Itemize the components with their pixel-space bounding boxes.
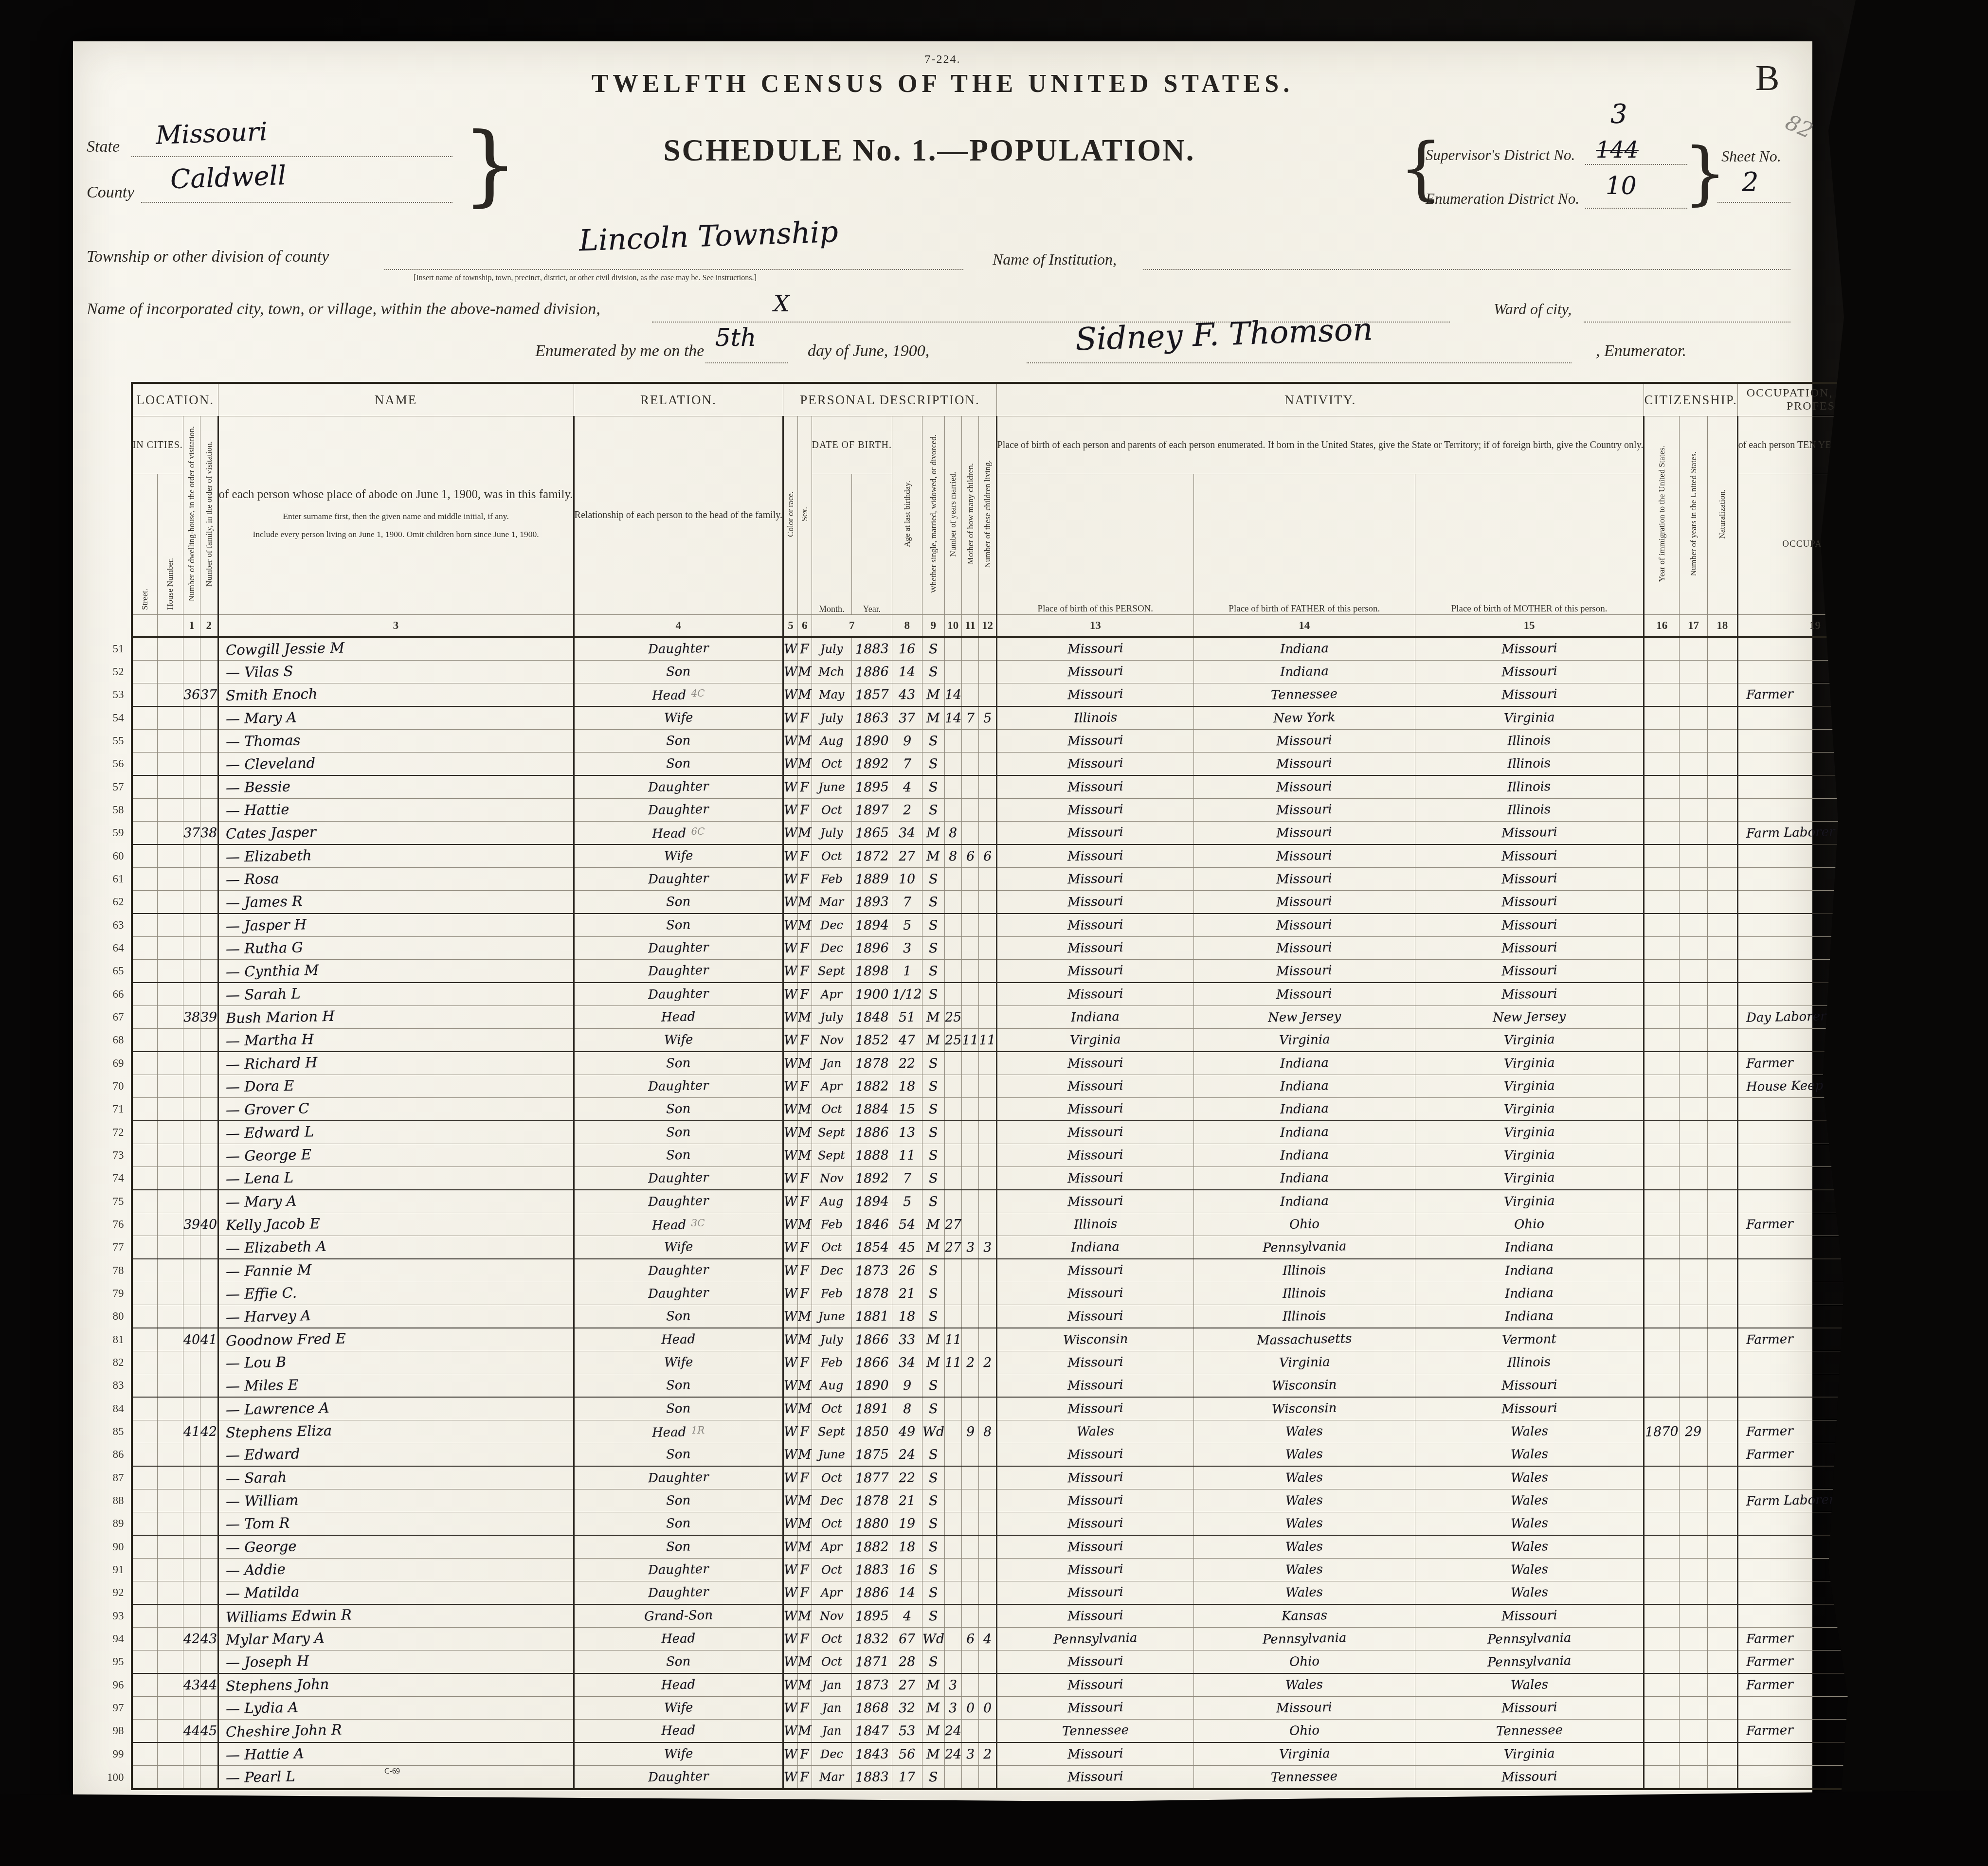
cell-cb (962, 1282, 979, 1305)
cell-rel: Head6C (574, 822, 783, 845)
handwritten-entry: 1895 (855, 780, 888, 794)
handwritten-entry: S (929, 757, 938, 770)
table-row: 89— Tom RSonWMOct188019SMissouriWalesWal… (107, 1512, 1988, 1536)
cell-mo: July (812, 1006, 851, 1029)
handwritten-entry: 1878 (855, 1494, 888, 1507)
handwritten-entry: Missouri (1067, 757, 1123, 771)
township-value: Lincoln Township (578, 215, 839, 258)
cell-rel: Son (574, 1144, 783, 1167)
cell-im (1644, 983, 1680, 1006)
cell-mo: Aug (812, 1374, 851, 1398)
handwritten-entry: Sept (818, 1149, 845, 1161)
cell-yus (1680, 1006, 1708, 1029)
cell-name: — Matilda (218, 1581, 574, 1605)
cell-color: W (783, 1213, 798, 1236)
cell-cl (979, 1052, 996, 1075)
cell-mar: M (922, 1236, 944, 1259)
cell-rel: Son (574, 1052, 783, 1075)
table-row: 79— Effie C.DaughterWFFeb187821SMissouri… (107, 1282, 1988, 1305)
cell-yr: 1891 (851, 1397, 892, 1420)
cell-dw: 41 (183, 1420, 200, 1443)
cell-mar: S (922, 1121, 944, 1144)
cell-house (157, 1512, 183, 1536)
cell-mo: Sept (812, 960, 851, 983)
col-dwelling-number: Number of dwelling-house, in the order o… (183, 416, 200, 615)
handwritten-entry: Wales (1285, 1563, 1323, 1577)
handwritten-entry: M (926, 1678, 940, 1692)
cell-sex: M (797, 914, 812, 937)
handwritten-entry: Missouri (1501, 941, 1557, 955)
enumerator-signature: Sidney F. Thomson (1075, 311, 1374, 358)
cell-color: W (783, 1512, 798, 1536)
cell-nat (1707, 844, 1737, 868)
handwritten-entry: Illinois (1507, 734, 1551, 748)
handwritten-entry: — Lena L (225, 1170, 293, 1186)
cell-sex: M (797, 891, 812, 914)
cell-name: — Fannie M (218, 1259, 574, 1282)
cell-mo: Sept (812, 1420, 851, 1443)
cell-name: Smith Enoch (218, 683, 574, 707)
cell-cl: 8 (979, 1420, 996, 1443)
cell-age: 26 (892, 1259, 922, 1282)
pencil-mark-82: 82 (1782, 110, 1817, 144)
handwritten-entry: 1877 (855, 1471, 888, 1485)
cell-im (1644, 1282, 1680, 1305)
cell-cb: 6 (962, 1628, 979, 1651)
cell-cl (979, 1213, 996, 1236)
cell-bp: Missouri (996, 1512, 1193, 1536)
cell-cl: 2 (979, 1351, 996, 1374)
cell-age: 51 (892, 1006, 922, 1029)
handwritten-entry: — Vilas S (225, 664, 293, 680)
handwritten-entry: 1882 (855, 1079, 888, 1093)
cell-yr: 1898 (851, 960, 892, 983)
cell-street (132, 1190, 158, 1213)
cell-bm: Virginia (1415, 1029, 1644, 1052)
handwritten-entry: S (929, 1195, 938, 1208)
cell-sex: F (797, 1742, 812, 1766)
cell-im (1644, 775, 1680, 799)
cell-street (132, 1466, 158, 1489)
table-row: 61— RosaDaughterWFFeb188910SMissouriMiss… (107, 868, 1988, 891)
handwritten-entry: Feb (821, 873, 843, 885)
cell-street (132, 868, 158, 891)
handwritten-entry: S (929, 1102, 938, 1115)
handwritten-entry: — Cynthia M (225, 963, 319, 979)
table-row: 51Cowgill Jessie MDaughterWFJuly188316SM… (107, 637, 1988, 661)
handwritten-entry: — Hattie A (225, 1746, 304, 1762)
handwritten-entry: Daughter (648, 1195, 709, 1209)
handwritten-entry: S (929, 1310, 938, 1323)
cell-im (1644, 1489, 1680, 1512)
cell-ym (944, 914, 961, 937)
handwritten-entry: 3 (949, 1701, 958, 1714)
cell-age: 49 (892, 1420, 922, 1443)
cell-mar: S (922, 1282, 944, 1305)
cell-nat (1707, 1305, 1737, 1328)
handwritten-entry: 8 (983, 1425, 992, 1438)
handwritten-entry: F (800, 1356, 809, 1369)
handwritten-entry: Wales (1285, 1471, 1323, 1485)
cell-name: — Hattie (218, 799, 574, 822)
cell-bm: Virginia (1415, 1167, 1644, 1190)
handwritten-entry: Oct (821, 757, 842, 770)
cell-yr: 1880 (851, 1512, 892, 1536)
cell-name: Cheshire John R (218, 1720, 574, 1743)
cell-street (132, 891, 158, 914)
cell-yus (1680, 1351, 1708, 1374)
handwritten-entry: M (926, 1218, 940, 1231)
cell-mar: S (922, 799, 944, 822)
row-number-left: 86 (107, 1443, 132, 1467)
cell-age: 18 (892, 1075, 922, 1098)
cell-mar: S (922, 637, 944, 661)
cell-rel: Son (574, 891, 783, 914)
group-citizenship: CITIZENSHIP. (1644, 383, 1737, 416)
handwritten-entry: F (800, 1171, 809, 1184)
cell-age: 56 (892, 1742, 922, 1766)
table-row: 52— Vilas SSonWMMch188614SMissouriIndian… (107, 661, 1988, 683)
cell-ym: 14 (944, 706, 961, 730)
handwritten-entry: S (929, 1264, 938, 1277)
cell-fam: 37 (200, 683, 218, 707)
cell-bp: Missouri (996, 1259, 1193, 1282)
handwritten-entry: M (798, 665, 812, 679)
cell-sex: F (797, 1190, 812, 1213)
cell-bm: Missouri (1415, 1766, 1644, 1790)
handwritten-entry: Head (661, 1724, 696, 1737)
group-personal-description: PERSONAL DESCRIPTION. (783, 383, 997, 416)
cell-sex: F (797, 1282, 812, 1305)
cell-bm: Missouri (1415, 1697, 1644, 1720)
handwritten-entry: Sept (818, 1425, 845, 1437)
cell-sex: F (797, 937, 812, 960)
cell-age: 34 (892, 1351, 922, 1374)
cell-house (157, 1697, 183, 1720)
handwritten-entry: W (784, 1724, 797, 1738)
cell-sex: F (797, 1581, 812, 1605)
handwritten-entry: W (784, 1356, 797, 1369)
handwritten-entry: S (929, 1517, 938, 1530)
row-number-left: 62 (107, 891, 132, 914)
handwritten-entry: M (798, 1333, 812, 1346)
handwritten-entry: 27 (944, 1240, 961, 1254)
handwritten-entry: W (784, 1287, 797, 1300)
cell-rel: Daughter (574, 1466, 783, 1489)
handwritten-entry: S (929, 895, 938, 908)
handwritten-entry: Williams Edwin R (225, 1608, 351, 1624)
handwritten-entry: Son (666, 665, 691, 678)
row-number-left: 69 (107, 1052, 132, 1075)
handwritten-entry: Indiana (1505, 1240, 1554, 1254)
cell-bf: Wales (1193, 1443, 1415, 1467)
handwritten-entry: Missouri (1067, 734, 1123, 748)
col-birth-month: Month. (812, 474, 851, 615)
cell-im (1644, 1236, 1680, 1259)
cell-dw (183, 1167, 200, 1190)
row-number-left: 87 (107, 1466, 132, 1489)
handwritten-entry: Son (666, 895, 691, 908)
handwritten-entry: 44 (200, 1678, 217, 1692)
cell-street (132, 1098, 158, 1121)
cell-im (1644, 1029, 1680, 1052)
cell-name: — Rutha G (218, 937, 574, 960)
handwritten-entry: W (784, 757, 797, 771)
cell-dw (183, 706, 200, 730)
handwritten-entry: Missouri (1067, 642, 1123, 656)
handwritten-entry: Stephens John (225, 1677, 329, 1693)
cell-yus (1680, 1628, 1708, 1651)
handwritten-entry: 11 (979, 1033, 996, 1047)
cell-dw (183, 891, 200, 914)
cell-im (1644, 1098, 1680, 1121)
handwritten-entry: Missouri (1067, 1057, 1123, 1070)
cell-street (132, 1328, 158, 1351)
cell-rel: Wife (574, 1351, 783, 1374)
cell-im (1644, 1766, 1680, 1790)
handwritten-entry: Son (666, 1402, 691, 1415)
cell-dw (183, 1443, 200, 1467)
cell-dw: 39 (183, 1213, 200, 1236)
cell-cb (962, 753, 979, 776)
row-number-gutter-left (107, 383, 132, 637)
cell-bp: Missouri (996, 1121, 1193, 1144)
cell-cb (962, 1144, 979, 1167)
handwritten-entry: 1880 (855, 1517, 888, 1530)
cell-mo: Oct (812, 1397, 851, 1420)
cell-yr: 1886 (851, 1121, 892, 1144)
handwritten-entry: — Sarah L (225, 987, 300, 1002)
cell-street (132, 1766, 158, 1790)
group-nativity: NATIVITY. (996, 383, 1644, 416)
cell-mar: M (922, 1351, 944, 1374)
cell-mo: Aug (812, 1190, 851, 1213)
handwritten-entry: M (926, 849, 940, 863)
cell-ym (944, 1282, 961, 1305)
cell-rel: Wife (574, 1742, 783, 1766)
cell-mar: S (922, 983, 944, 1006)
cell-house (157, 1489, 183, 1512)
handwritten-entry: Apr (821, 988, 843, 1000)
cell-nat (1707, 661, 1737, 683)
cell-nat (1707, 1420, 1737, 1443)
cell-yr: 1846 (851, 1213, 892, 1236)
cell-nat (1707, 1443, 1737, 1467)
cell-mo: Feb (812, 1351, 851, 1374)
township-note: [Insert name of township, town, precinct… (414, 274, 757, 283)
cell-mo: Jan (812, 1720, 851, 1743)
cell-mo: Mch (812, 661, 851, 683)
cell-nat (1707, 1052, 1737, 1075)
cell-cl (979, 730, 996, 753)
cell-bp: Missouri (996, 1098, 1193, 1121)
group-name: NAME (218, 383, 574, 416)
handwritten-entry: 1873 (855, 1264, 888, 1277)
cell-cl (979, 637, 996, 661)
cell-fam (200, 799, 218, 822)
handwritten-entry: W (784, 987, 797, 1001)
cell-bm: New Jersey (1415, 1006, 1644, 1029)
cell-cl: 6 (979, 844, 996, 868)
cell-yus (1680, 1697, 1708, 1720)
cell-yus (1680, 868, 1708, 891)
cell-color: W (783, 1535, 798, 1559)
handwritten-entry: 45 (200, 1724, 217, 1738)
cell-sex: M (797, 1604, 812, 1628)
handwritten-entry: 11 (899, 1148, 916, 1162)
cell-nat (1707, 1651, 1737, 1674)
cell-ym (944, 1604, 961, 1628)
cell-cl (979, 1535, 996, 1559)
handwritten-entry: Nov (819, 1610, 844, 1622)
handwritten-entry: — Miles E (225, 1378, 298, 1393)
table-row: 62— James RSonWMMar18937SMissouriMissour… (107, 891, 1988, 914)
cell-cb (962, 1052, 979, 1075)
row-number-left: 94 (107, 1628, 132, 1651)
cell-bf: Illinois (1193, 1305, 1415, 1328)
cell-bm: Indiana (1415, 1282, 1644, 1305)
cell-yus (1680, 1489, 1708, 1512)
cell-mo: Feb (812, 868, 851, 891)
cell-bp: Missouri (996, 1766, 1193, 1790)
table-row: 60— ElizabethWifeWFOct187227M866Missouri… (107, 844, 1988, 868)
cell-ym (944, 891, 961, 914)
handwritten-entry: 37 (899, 711, 916, 725)
handwritten-entry: Wales (1510, 1517, 1548, 1530)
handwritten-entry: W (784, 1033, 797, 1047)
cell-color: W (783, 1006, 798, 1029)
cell-fam (200, 1236, 218, 1259)
cell-color: W (783, 1720, 798, 1743)
cell-sex: F (797, 1766, 812, 1790)
table-row: 92— MatildaDaughterWFApr188614SMissouriW… (107, 1581, 1988, 1605)
cell-name: Kelly Jacob E (218, 1213, 574, 1236)
cell-house (157, 914, 183, 937)
cell-bm: Tennessee (1415, 1720, 1644, 1743)
cell-yr: 1894 (851, 1190, 892, 1213)
cell-sex: M (797, 1651, 812, 1674)
cell-sex: M (797, 1512, 812, 1536)
cell-yus (1680, 730, 1708, 753)
enumerated-day: 5th (715, 323, 756, 352)
handwritten-entry: Virginia (1504, 1171, 1555, 1185)
cell-cl (979, 1190, 996, 1213)
cell-im (1644, 1443, 1680, 1467)
cell-im (1644, 1259, 1680, 1282)
handwritten-entry: 34 (899, 1356, 916, 1369)
cell-house (157, 753, 183, 776)
handwritten-entry: W (784, 826, 797, 840)
cell-rel: Wife (574, 1236, 783, 1259)
cell-street (132, 1167, 158, 1190)
cell-name: — Joseph H (218, 1651, 574, 1674)
row-number-left: 56 (107, 753, 132, 776)
cell-sex: M (797, 1144, 812, 1167)
cell-house (157, 844, 183, 868)
cell-bf: Indiana (1193, 637, 1415, 661)
handwritten-entry: F (800, 1195, 809, 1208)
handwritten-entry: Oct (821, 1633, 842, 1645)
handwritten-entry: M (798, 1310, 812, 1323)
cell-mo: Mar (812, 1766, 851, 1790)
handwritten-entry: 1866 (855, 1333, 888, 1346)
handwritten-entry: 11 (944, 1333, 961, 1346)
cell-rel: Son (574, 914, 783, 937)
handwritten-entry: Indiana (1071, 1240, 1120, 1254)
cell-yus (1680, 1374, 1708, 1398)
cell-mar: S (922, 1581, 944, 1605)
cell-im (1644, 1697, 1680, 1720)
handwritten-entry: Wales (1077, 1425, 1115, 1438)
cell-ym (944, 1535, 961, 1559)
cell-bp: Missouri (996, 1167, 1193, 1190)
cell-dw (183, 1651, 200, 1674)
cell-dw (183, 1121, 200, 1144)
cell-bp: Indiana (996, 1236, 1193, 1259)
cell-rel: Daughter (574, 1075, 783, 1098)
col-mother-of-children: Mother of how many children. (962, 416, 979, 615)
cell-fam: 45 (200, 1720, 218, 1743)
cell-bf: Missouri (1193, 730, 1415, 753)
handwritten-entry: W (784, 1563, 797, 1577)
handwritten-entry: Mylar Mary A (225, 1631, 325, 1647)
handwritten-entry: 21 (899, 1494, 916, 1507)
cell-fam (200, 1167, 218, 1190)
cell-fam (200, 753, 218, 776)
cell-rel: Son (574, 1443, 783, 1467)
cell-fam (200, 637, 218, 661)
handwritten-entry: 1894 (855, 918, 888, 932)
handwritten-entry: 1894 (855, 1195, 888, 1208)
row-number-left: 81 (107, 1328, 132, 1351)
cell-yr: 1863 (851, 706, 892, 730)
cell-dw (183, 1559, 200, 1581)
cell-bp: Missouri (996, 753, 1193, 776)
cell-mar: S (922, 1144, 944, 1167)
cell-im (1644, 1673, 1680, 1697)
cell-bm: Missouri (1415, 1604, 1644, 1628)
cell-sex: M (797, 1535, 812, 1559)
cell-bm: Virginia (1415, 1098, 1644, 1121)
cell-fam (200, 868, 218, 891)
cell-bp: Missouri (996, 937, 1193, 960)
row-number-left: 82 (107, 1351, 132, 1374)
cell-im (1644, 844, 1680, 868)
col-color-race: Color or race. (783, 416, 798, 615)
handwritten-entry: M (926, 1724, 940, 1738)
cell-yr: 1884 (851, 1098, 892, 1121)
handwritten-entry: 11 (944, 1356, 961, 1369)
cell-bf: Wales (1193, 1466, 1415, 1489)
cell-sex: M (797, 1098, 812, 1121)
cell-dw (183, 775, 200, 799)
handwritten-entry: Virginia (1504, 1079, 1555, 1093)
cell-mar: S (922, 868, 944, 891)
cell-bp: Missouri (996, 844, 1193, 868)
cell-name: — Sarah L (218, 983, 574, 1006)
handwritten-entry: 29 (1685, 1425, 1702, 1438)
handwritten-entry: Missouri (1067, 1471, 1123, 1485)
table-row: 88— WilliamSonWMDec187821SMissouriWalesW… (107, 1489, 1988, 1512)
handwritten-entry: Daughter (648, 1171, 709, 1185)
cell-ym (944, 1144, 961, 1167)
cell-name: — Elizabeth (218, 844, 574, 868)
handwritten-entry: New Jersey (1267, 1010, 1341, 1024)
handwritten-entry: Missouri (1067, 1310, 1123, 1323)
cell-ym (944, 1489, 961, 1512)
cell-sex: M (797, 1673, 812, 1697)
cell-nat (1707, 1604, 1737, 1628)
